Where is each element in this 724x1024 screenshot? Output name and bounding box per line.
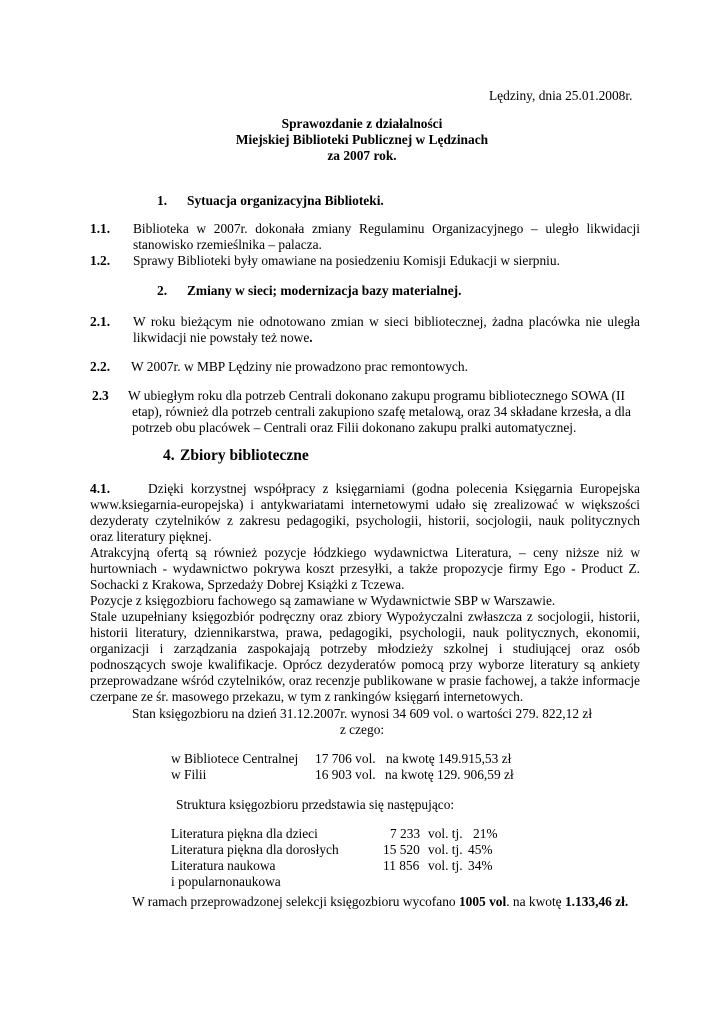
item-4-1-line-5: Atrakcyjną ofertą są również pozycje łód… [90, 545, 640, 561]
item-2-2-line-1: W 2007r. w MBP Lędziny nie prowadzono pr… [131, 359, 468, 375]
item-1-1-line-2: stanowisko rzemieślnika – palacza. [133, 237, 322, 253]
location-central-amount: na kwotę 149.915,53 zł [386, 751, 511, 767]
location-branch-volumes: 16 903 vol. [315, 767, 376, 783]
structure-row-children-volumes: 7 233 [390, 826, 420, 842]
report-title-line-2: Miejskiej Biblioteki Publicznej w Lędzin… [0, 132, 724, 148]
item-2-1-line-2: likwidacji nie powstały też nowe. [133, 330, 313, 346]
section-4-title: Zbiory biblioteczne [180, 448, 309, 464]
item-4-1-number: 4.1. [90, 481, 110, 497]
item-4-1-line-12: podnoszących swoje kwalifikacje. Oprócz … [90, 657, 640, 673]
structure-row-children-unit: vol. tj. [428, 826, 463, 842]
item-4-1-line-7: Sochacki z Krakowa, Sprzedaży Dobrej Ksi… [90, 577, 404, 593]
structure-row-adults-unit: vol. tj. [428, 842, 463, 858]
item-2-1-line-1: W roku bieżącym nie odnotowano zmian w s… [133, 314, 640, 330]
section-4-number: 4. [163, 448, 175, 464]
item-4-1-line-9: Stale uzupełniany księgozbiór podręczny … [90, 609, 640, 625]
item-2-3-line-3: potrzeb obu placówek – Centrali oraz Fil… [132, 420, 576, 436]
item-1-2-line-1: Sprawy Biblioteki były omawiane na posie… [133, 253, 560, 269]
collection-summary-sub: z czego: [0, 722, 724, 738]
structure-intro: Struktura księgozbioru przedstawia się n… [176, 797, 454, 813]
item-2-3-number: 2.3 [92, 388, 109, 404]
item-4-1-line-6: hurtowniach - wydawnictwo pokrywa koszt … [90, 561, 640, 577]
item-2-1-line-2-period: . [309, 330, 312, 345]
item-2-2-number: 2.2. [90, 359, 110, 375]
structure-row-science-volumes: 11 856 [383, 858, 419, 874]
location-central-volumes: 17 706 vol. [315, 751, 376, 767]
structure-row-science-percent: 34% [468, 858, 493, 874]
item-2-1-number: 2.1. [90, 314, 110, 330]
item-2-1-line-2-text: likwidacji nie powstały też nowe [133, 330, 309, 345]
selection-volumes: 1005 vol [459, 894, 506, 909]
location-branch-name: w Filii [171, 767, 206, 783]
structure-row-adults-volumes: 15 520 [383, 842, 420, 858]
item-4-1-line-14: czerpane ze śr. masowego przekazu, w tym… [90, 689, 523, 705]
structure-row-science-name-cont: i popularnonaukowa [171, 874, 281, 890]
structure-row-science-unit: vol. tj. [428, 858, 463, 874]
section-1-title: Sytuacja organizacyjna Biblioteki. [187, 193, 384, 209]
section-2-title: Zmiany w sieci; modernizacja bazy materi… [187, 283, 461, 299]
structure-row-adults-percent: 45% [468, 842, 493, 858]
item-4-1-line-13: przeprowadzane wśród czytelników, oraz r… [90, 673, 640, 689]
structure-row-science-name: Literatura naukowa [171, 858, 275, 874]
item-4-1-line-11: organizacji i zarządzania zaspokajają po… [90, 641, 640, 657]
section-1-number: 1. [157, 193, 167, 209]
selection-sentence: W ramach przeprowadzonej selekcji księgo… [132, 894, 628, 910]
item-1-1-number: 1.1. [90, 221, 110, 237]
structure-row-adults-name: Literatura piękna dla dorosłych [171, 842, 339, 858]
item-4-1-line-10: historii literatury, dziennikarstwa, pra… [90, 625, 640, 641]
item-4-1-line-2: www.ksiegarnia-europejska) i antykwariat… [90, 497, 640, 513]
selection-amount: 1.133,46 zł. [565, 894, 628, 909]
item-4-1-line-1: Dzięki korzystnej współpracy z księgarni… [148, 481, 640, 497]
item-4-1-line-4: oraz literatury pięknej. [90, 529, 212, 545]
section-2-number: 2. [157, 283, 167, 299]
item-1-1-line-1: Biblioteka w 2007r. dokonała zmiany Regu… [133, 221, 640, 237]
item-4-1-line-3: dezyderaty czytelników z zakresu pedagog… [90, 513, 640, 529]
item-2-3-line-2: etap), również dla potrzeb centrali zaku… [132, 404, 631, 420]
location-central-name: w Bibliotece Centralnej [171, 751, 298, 767]
location-branch-amount: na kwotę 129. 906,59 zł [385, 767, 514, 783]
structure-row-children-name: Literatura piękna dla dzieci [171, 826, 318, 842]
place-date: Lędziny, dnia 25.01.2008r. [489, 88, 632, 104]
selection-prefix: W ramach przeprowadzonej selekcji księgo… [132, 894, 459, 909]
report-title-line-1: Sprawozdanie z działalności [0, 116, 724, 132]
structure-row-children-percent: 21% [473, 826, 498, 842]
report-title-line-3: za 2007 rok. [0, 148, 724, 164]
selection-middle: . na kwotę [506, 894, 565, 909]
item-2-3-line-1: W ubiegłym roku dla potrzeb Centrali dok… [128, 388, 625, 404]
item-4-1-line-8: Pozycje z księgozbioru fachowego są zama… [90, 593, 555, 609]
collection-summary: Stan księgozbioru na dzień 31.12.2007r. … [132, 706, 592, 722]
item-1-2-number: 1.2. [90, 253, 110, 269]
